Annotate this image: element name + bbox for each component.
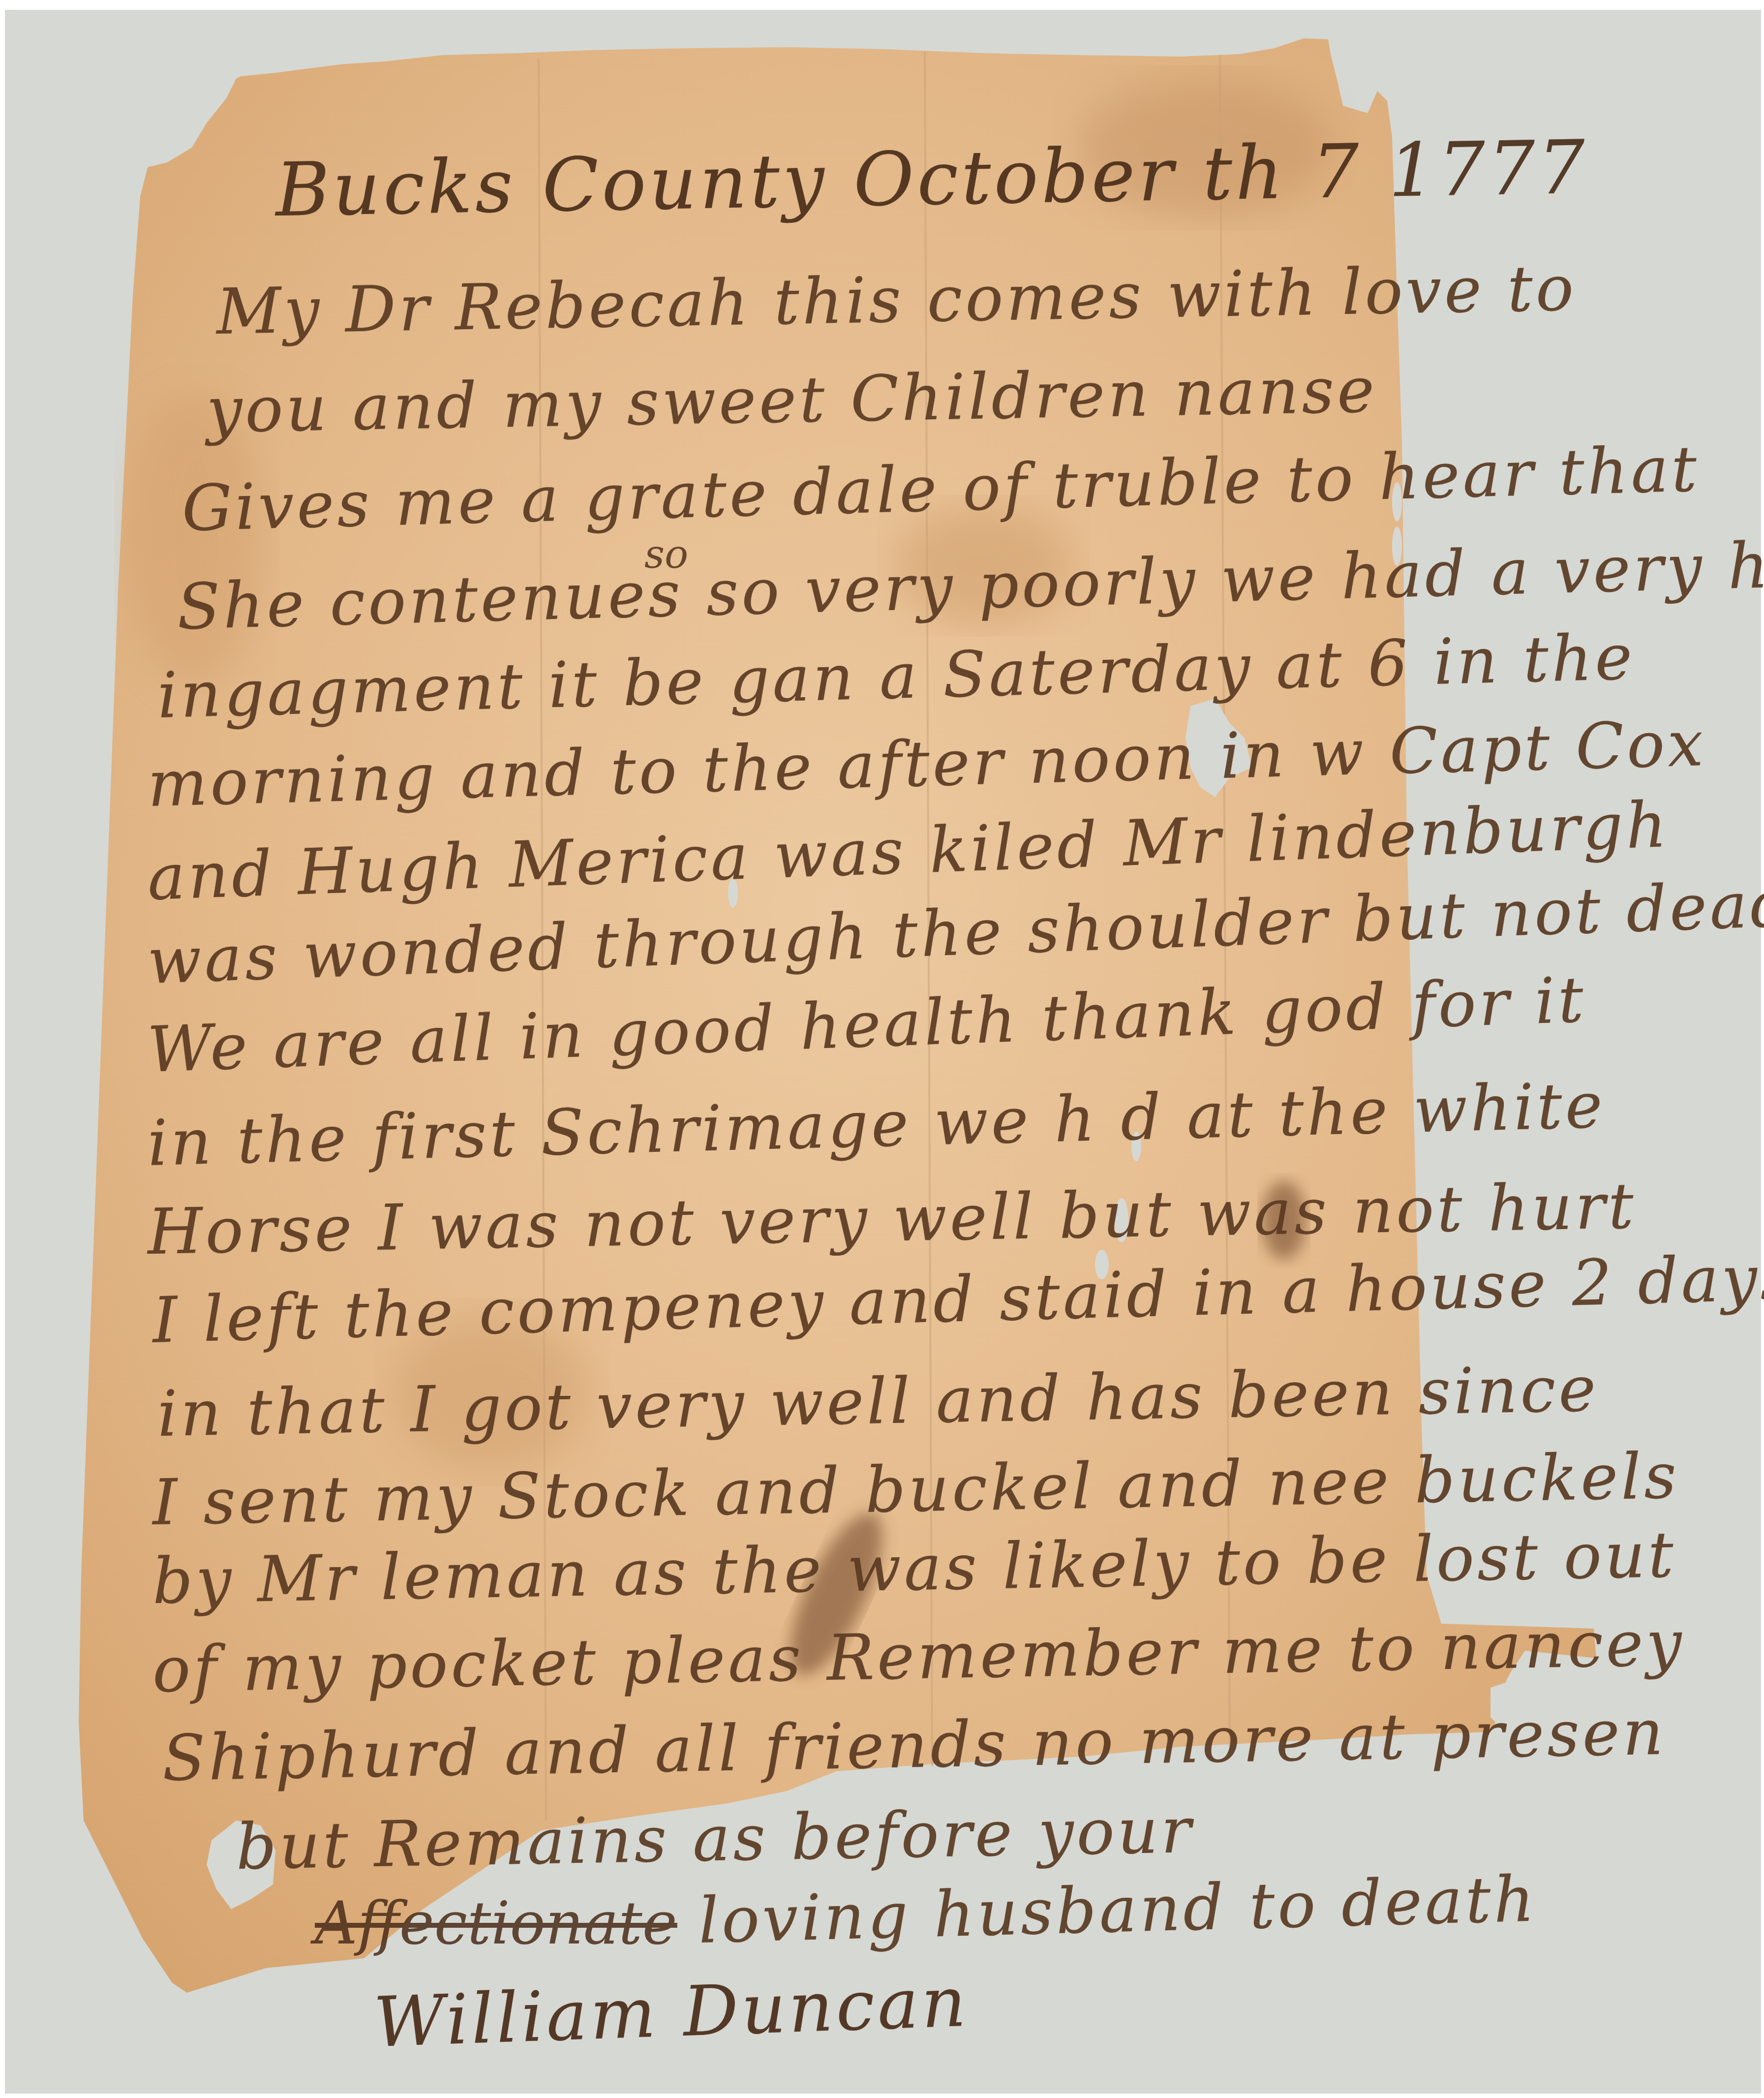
aged-paper-sheet bbox=[0, 0, 1764, 2098]
paper-outline bbox=[79, 38, 1596, 1993]
